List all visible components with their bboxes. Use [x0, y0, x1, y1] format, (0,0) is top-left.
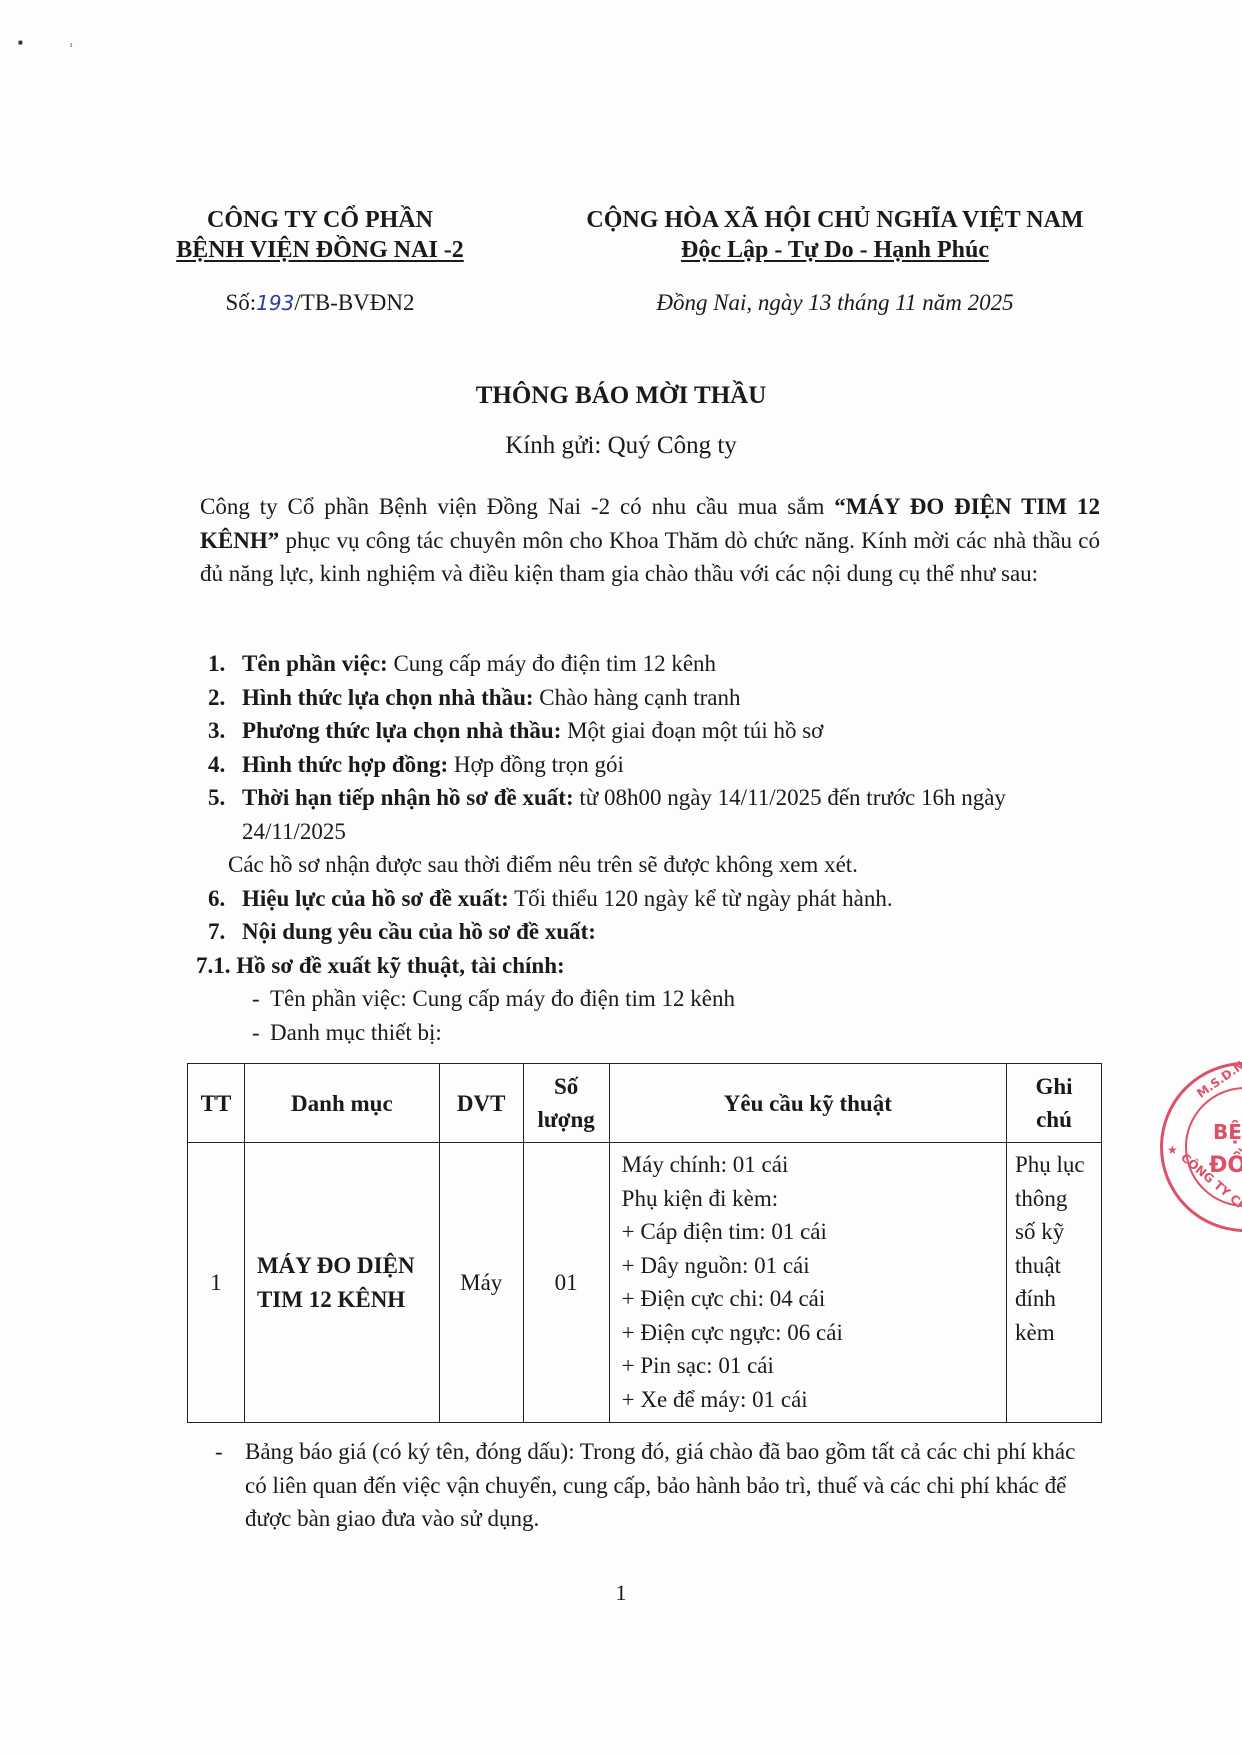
section-7-1-heading: 7.1. Hồ sơ đề xuất kỹ thuật, tài chính: — [196, 949, 1108, 983]
bullet-item: -Danh mục thiết bị: — [208, 1016, 1108, 1050]
col-qty: Sốlượng — [523, 1064, 609, 1143]
national-header: CỘNG HÒA XÃ HỘI CHỦ NGHĨA VIỆT NAM Độc L… — [555, 205, 1115, 265]
list-item: 5.Thời hạn tiếp nhận hồ sơ đề xuất: từ 0… — [208, 781, 1108, 848]
col-tt: TT — [188, 1064, 245, 1143]
list-item: 4.Hình thức hợp đồng: Hợp đồng trọn gói — [208, 748, 1108, 782]
document-number: Số:193/TB-BVĐN2 — [160, 290, 480, 316]
document-date: Đồng Nai, ngày 13 tháng 11 năm 2025 — [555, 290, 1115, 316]
cell-tt: 1 — [188, 1143, 245, 1423]
col-spec: Yêu cầu kỹ thuật — [609, 1064, 1006, 1143]
organization-header: CÔNG TY CỔ PHẦN BỆNH VIỆN ĐỒNG NAI -2 — [160, 205, 480, 265]
quote-requirement: -Bảng báo giá (có ký tên, đóng dấu): Tro… — [215, 1435, 1095, 1536]
col-note: Ghichú — [1007, 1064, 1102, 1143]
col-name: Danh mục — [244, 1064, 439, 1143]
list-item: 2.Hình thức lựa chọn nhà thầu: Chào hàng… — [208, 681, 1108, 715]
company-seal: M.S.D.N: ★ CÔNG TY CP BỆN ĐỒ — [1160, 1062, 1242, 1232]
page-number: 1 — [0, 1580, 1242, 1606]
document-page: ■ı CÔNG TY CỔ PHẦN BỆNH VIỆN ĐỒNG NAI -2… — [0, 0, 1242, 1755]
intro-paragraph: Công ty Cổ phần Bệnh viện Đồng Nai -2 có… — [200, 490, 1100, 591]
org-line-1: CÔNG TY CỔ PHẦN — [160, 205, 480, 235]
nation-motto: Độc Lập - Tự Do - Hạnh Phúc — [555, 235, 1115, 265]
cell-spec: Máy chính: 01 cái Phụ kiện đi kèm: + Cáp… — [609, 1143, 1006, 1423]
cell-unit: Máy — [439, 1143, 523, 1423]
requirements-list: 1.Tên phần việc: Cung cấp máy đo điện ti… — [208, 647, 1108, 1049]
nation-line-1: CỘNG HÒA XÃ HỘI CHỦ NGHĨA VIỆT NAM — [555, 205, 1115, 235]
org-line-2: BỆNH VIỆN ĐỒNG NAI -2 — [160, 235, 480, 265]
cell-note: Phụ lục thông số kỹ thuật đính kèm — [1007, 1143, 1102, 1423]
page-title: THÔNG BÁO MỜI THẦU — [0, 382, 1242, 410]
equipment-table: TT Danh mục DVT Sốlượng Yêu cầu kỹ thuật… — [187, 1063, 1102, 1423]
table-row: 1 MÁY ĐO DIỆNTIM 12 KÊNH Máy 01 Máy chín… — [188, 1143, 1102, 1423]
cell-name: MÁY ĐO DIỆNTIM 12 KÊNH — [244, 1143, 439, 1423]
table-header-row: TT Danh mục DVT Sốlượng Yêu cầu kỹ thuật… — [188, 1064, 1102, 1143]
col-unit: DVT — [439, 1064, 523, 1143]
list-item: 6.Hiệu lực của hồ sơ đề xuất: Tối thiểu … — [208, 882, 1108, 916]
handwritten-number: 193 — [256, 291, 294, 315]
list-item: 7.Nội dung yêu cầu của hồ sơ đề xuất: — [208, 915, 1108, 949]
cell-qty: 01 — [523, 1143, 609, 1423]
deadline-note: Các hồ sơ nhận được sau thời điểm nêu tr… — [208, 848, 1108, 882]
bullet-item: -Bảng báo giá (có ký tên, đóng dấu): Tro… — [215, 1435, 1095, 1536]
greeting: Kính gửi: Quý Công ty — [0, 432, 1242, 460]
list-item: 3.Phương thức lựa chọn nhà thầu: Một gia… — [208, 714, 1108, 748]
bullet-item: -Tên phần việc: Cung cấp máy đo điện tim… — [208, 982, 1108, 1016]
list-item: 1.Tên phần việc: Cung cấp máy đo điện ti… — [208, 647, 1108, 681]
